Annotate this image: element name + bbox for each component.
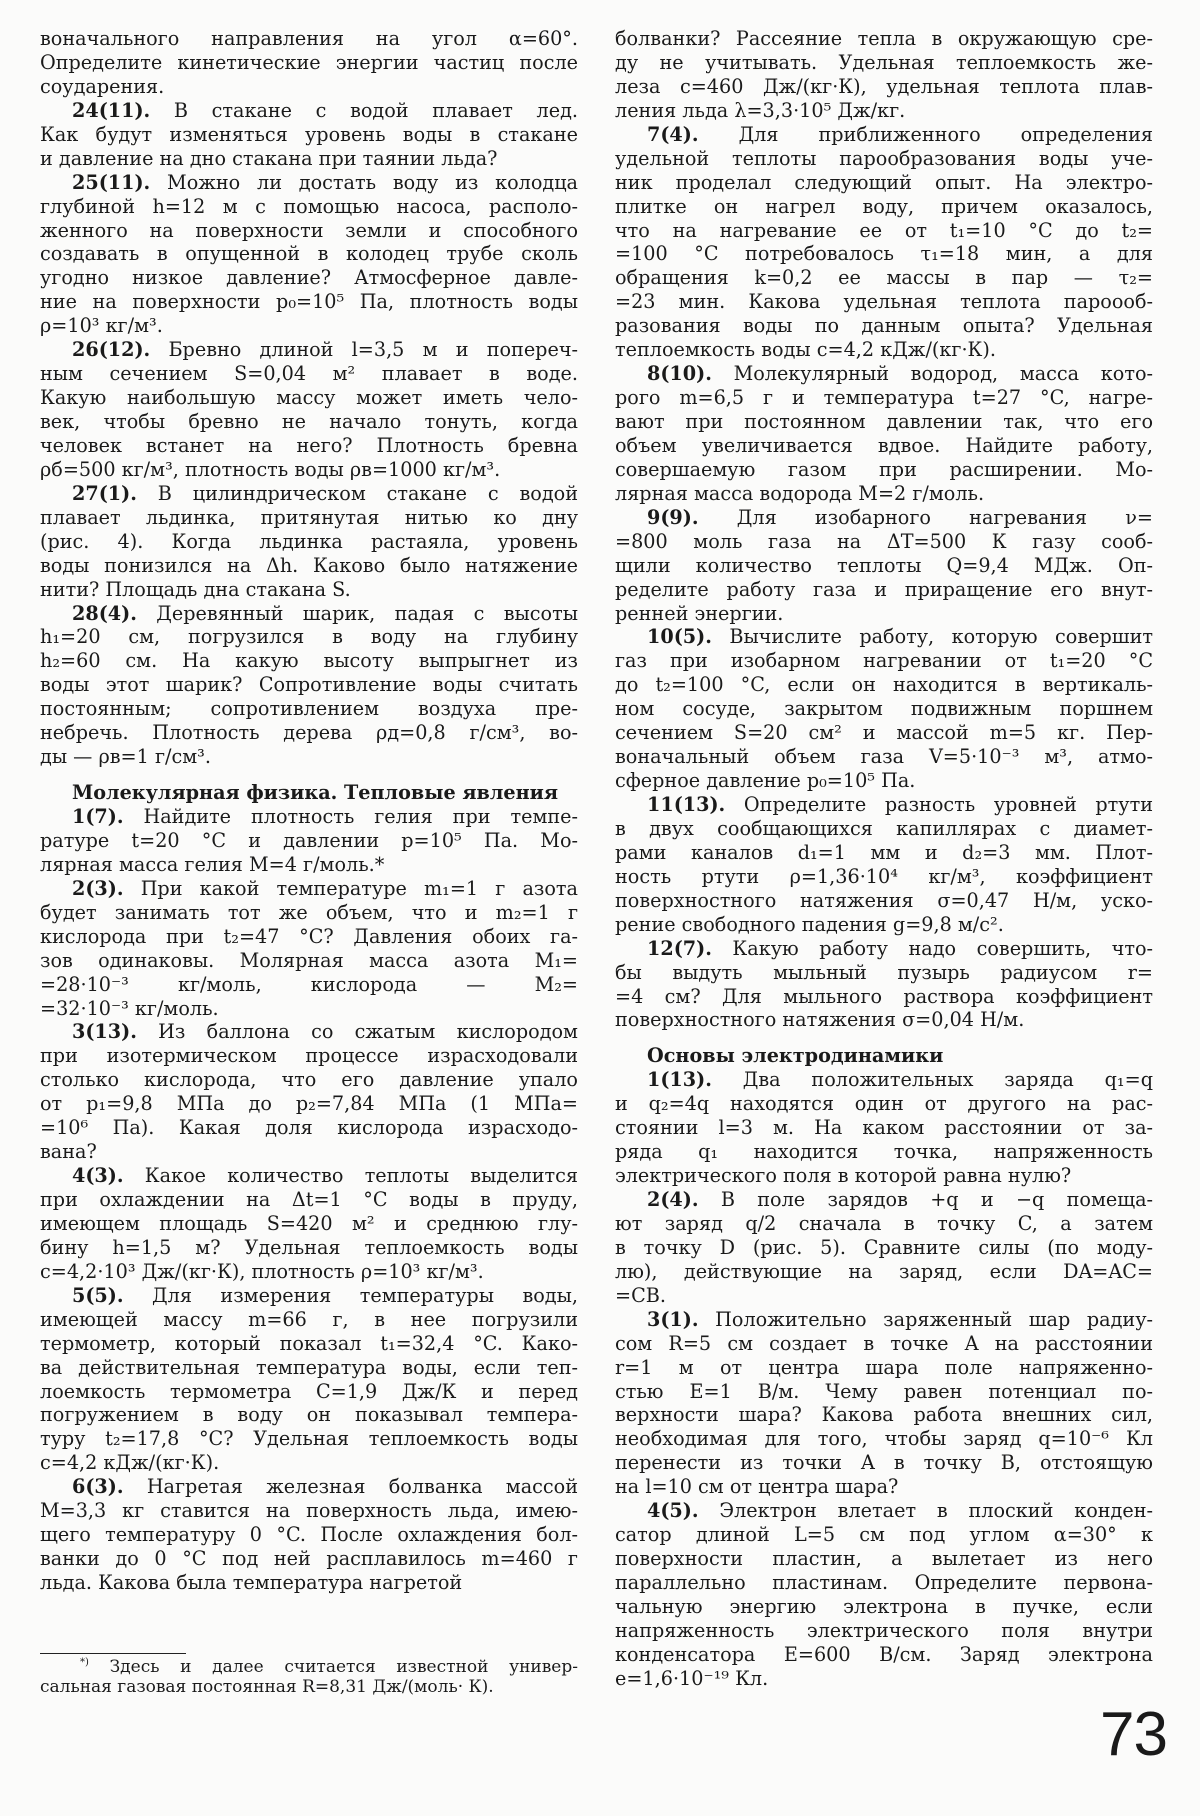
text-line: вана?	[40, 1140, 578, 1164]
text-line: ют заряд q/2 сначала в точку C, а затем	[615, 1212, 1153, 1236]
line-text: Определите разность уровней ртути	[744, 793, 1153, 816]
line-text: e=1,6·10⁻¹⁹ Кл.	[615, 1667, 768, 1690]
text-line: теплоемкость воды c=4,2 кДж/(кг·К).	[615, 338, 1153, 362]
line-text: кислорода при t₂=47 °C? Давления обоих г…	[40, 925, 578, 948]
text-line: поверхностного натяжения σ=0,47 Н/м, уск…	[615, 889, 1153, 913]
text-line: 24(11). В стакане с водой плавает лед.	[40, 99, 578, 123]
line-text: =100 °C потребовалось τ₁=18 мин, а для	[615, 242, 1153, 265]
text-line: льда. Какова была температура нагретой	[40, 1571, 578, 1595]
line-text: воды понизился на Δh. Каково было натяже…	[40, 554, 578, 577]
line-text: воначального направления на угол α=60°.	[40, 27, 578, 50]
problem-paragraph: 24(11). В стакане с водой плавает лед.Ка…	[40, 99, 578, 171]
text-line: конденсатора E=600 В/см. Заряд электрона	[615, 1643, 1153, 1667]
text-line: 7(4). Для приближенного определения	[615, 123, 1153, 147]
line-text: конденсатора E=600 В/см. Заряд электрона	[615, 1643, 1153, 1666]
text-line: постоянным; сопротивлением воздуха пре-	[40, 697, 578, 721]
line-text: сом R=5 см создает в точке A на расстоян…	[615, 1332, 1153, 1355]
text-line: 11(13). Определите разность уровней ртут…	[615, 793, 1153, 817]
line-text: и q₂=4q находятся один от другого на рас…	[615, 1092, 1153, 1115]
line-text: В стакане с водой плавает лед.	[174, 99, 578, 122]
line-text: напряженность электрического поля внутри	[615, 1619, 1153, 1642]
text-line: совершаемую газом при расширении. Мо-	[615, 458, 1153, 482]
line-text: человек встанет на него? Плотность бревн…	[40, 434, 578, 457]
text-line: 25(11). Можно ли достать воду из колодца	[40, 171, 578, 195]
line-text: ник проделал следующий опыт. На электро-	[615, 171, 1153, 194]
text-line: кислорода при t₂=47 °C? Давления обоих г…	[40, 925, 578, 949]
line-text: ва действительная температура воды, если…	[40, 1356, 578, 1379]
text-line: h₁=20 см, погрузился в воду на глубину	[40, 625, 578, 649]
line-text: перенести из точки A в точку B, отстоящу…	[615, 1451, 1153, 1474]
line-text: воды этот шарик? Сопротивление воды счит…	[40, 673, 578, 696]
text-line: 2(3). При какой температуре m₁=1 г азота	[40, 877, 578, 901]
text-line: создавать в опущенной в колодец трубе ск…	[40, 242, 578, 266]
line-text: сатор длиной L=5 см под углом α=30° к	[615, 1523, 1153, 1546]
line-text: При какой температуре m₁=1 г азота	[141, 877, 578, 900]
text-line: верхности шара? Какова работа внешних си…	[615, 1403, 1153, 1427]
text-line: вают при постоянном давлении так, что ег…	[615, 410, 1153, 434]
line-text: ние на поверхности p₀=10⁵ Па, плотность …	[40, 290, 578, 313]
problem-paragraph: 5(5). Для измерения температуры воды,име…	[40, 1284, 578, 1476]
text-line: от p₁=9,8 МПа до p₂=7,84 МПа (1 МПа=	[40, 1092, 578, 1116]
line-text: верхности шара? Какова работа внешних си…	[615, 1403, 1153, 1426]
line-text: в точку D (рис. 5). Сравните силы (по мо…	[615, 1236, 1153, 1259]
problem-number: 3(1).	[647, 1308, 699, 1331]
text-line: =32·10⁻³ кг/моль.	[40, 997, 578, 1021]
line-text: щего температуру 0 °C. После охлаждения …	[40, 1523, 578, 1546]
text-line: стью E=1 В/м. Чему равен потенциал по-	[615, 1380, 1153, 1404]
text-line: бы выдуть мыльный пузырь радиусом r=	[615, 961, 1153, 985]
text-line: 8(10). Молекулярный водород, масса кото-	[615, 362, 1153, 386]
text-line: нити? Площадь дна стакана S.	[40, 578, 578, 602]
text-line: бину h=1,5 м? Удельная теплоемкость воды	[40, 1236, 578, 1260]
line-text: имеющей массу m=66 г, в нее погрузили	[40, 1308, 578, 1331]
line-text: =23 мин. Какова удельная теплота пароооб…	[615, 290, 1153, 313]
problem-paragraph: 8(10). Молекулярный водород, масса кото-…	[615, 362, 1153, 506]
line-text: r=1 м от центра шара поле напряженно-	[615, 1356, 1153, 1379]
line-text: леза c=460 Дж/(кг·К), удельная теплота п…	[615, 75, 1153, 98]
line-text: в двух сообщающихся капиллярах с диамет-	[615, 817, 1153, 840]
text-line: перенести из точки A в точку B, отстоящу…	[615, 1451, 1153, 1475]
text-line: 12(7). Какую работу надо совершить, что-	[615, 937, 1153, 961]
problem-number: 5(5).	[72, 1284, 124, 1307]
line-text: Определите кинетические энергии частиц п…	[40, 51, 578, 74]
problem-number: 6(3).	[72, 1475, 124, 1498]
problem-paragraph: 25(11). Можно ли достать воду из колодца…	[40, 171, 578, 339]
text-line: ления льда λ=3,3·10⁵ Дж/кг.	[615, 99, 1153, 123]
line-text: Молекулярный водород, масса кото-	[734, 362, 1153, 385]
problem-paragraph: 12(7). Какую работу надо совершить, что-…	[615, 937, 1153, 1033]
text-line: воды понизился на Δh. Каково было натяже…	[40, 554, 578, 578]
text-line: 1(13). Два положительных заряда q₁=q	[615, 1068, 1153, 1092]
text-line: сечением S=20 см² и массой m=5 кг. Пер-	[615, 721, 1153, 745]
right-column: болванки? Рассеяние тепла в окружающую с…	[615, 27, 1153, 1691]
text-line: напряженность электрического поля внутри	[615, 1619, 1153, 1643]
line-text: ления льда λ=3,3·10⁵ Дж/кг.	[615, 99, 905, 122]
line-text: ределите работу газа и приращение его вн…	[615, 578, 1153, 601]
line-text: Для измерения температуры воды,	[152, 1284, 578, 1307]
text-line: чальную энергию электрона в пучке, если	[615, 1595, 1153, 1619]
line-text: создавать в опущенной в колодец трубе ск…	[40, 242, 578, 265]
footnote-marker: *)	[80, 1657, 89, 1668]
problem-number: 10(5).	[647, 625, 712, 648]
problem-number: 2(3).	[72, 877, 124, 900]
line-text: =28·10⁻³ кг/моль, кислорода — M₂=	[40, 973, 578, 996]
text-line: термометр, который показал t₁=32,4 °C. К…	[40, 1332, 578, 1356]
text-line: 4(3). Какое количество теплоты выделится	[40, 1164, 578, 1188]
text-line: небречь. Плотность дерева ρд=0,8 г/см³, …	[40, 721, 578, 745]
line-text: сферное давление p₀=10⁵ Па.	[615, 769, 915, 792]
line-text: бы выдуть мыльный пузырь радиусом r=	[615, 961, 1153, 984]
text-line: в двух сообщающихся капиллярах с диамет-	[615, 817, 1153, 841]
line-text: от p₁=9,8 МПа до p₂=7,84 МПа (1 МПа=	[40, 1092, 578, 1115]
text-line: и q₂=4q находятся один от другого на рас…	[615, 1092, 1153, 1116]
text-line: имеющей массу m=66 г, в нее погрузили	[40, 1308, 578, 1332]
line-text: имеющем площадь S=420 м² и среднюю глу-	[40, 1212, 578, 1235]
line-text: при охлаждении на Δt=1 °C воды в пруду,	[40, 1188, 578, 1211]
line-text: Для приближенного определения	[739, 123, 1153, 146]
text-line: 4(5). Электрон влетает в плоский конден-	[615, 1499, 1153, 1523]
text-line: M=3,3 кг ставится на поверхность льда, и…	[40, 1499, 578, 1523]
line-text: термометр, который показал t₁=32,4 °C. К…	[40, 1332, 578, 1355]
problem-number: 9(9).	[647, 506, 699, 529]
line-text: нити? Площадь дна стакана S.	[40, 578, 351, 601]
text-line: воначального направления на угол α=60°.	[40, 27, 578, 51]
text-line: сатор длиной L=5 см под углом α=30° к	[615, 1523, 1153, 1547]
line-text: лоемкость термометра C=1,9 Дж/К и перед	[40, 1380, 578, 1403]
line-text: лярная масса гелия M=4 г/моль.*	[40, 853, 384, 876]
problem-number: 1(13).	[647, 1068, 712, 1091]
line-text: теплоемкость воды c=4,2 кДж/(кг·К).	[615, 338, 996, 361]
text-line: c=4,2 кДж/(кг·К).	[40, 1451, 578, 1475]
problem-number: 26(12).	[72, 338, 150, 361]
text-line: r=1 м от центра шара поле напряженно-	[615, 1356, 1153, 1380]
line-text: ды — ρв=1 г/см³.	[40, 745, 211, 768]
text-line: =100 °C потребовалось τ₁=18 мин, а для	[615, 242, 1153, 266]
section-gap	[615, 1032, 1153, 1044]
text-line: погружением в воду он показывал темпера-	[40, 1403, 578, 1427]
line-text: параллельно пластинам. Определите первон…	[615, 1571, 1153, 1594]
line-text: ванки до 0 °C под ней расплавилось m=460…	[40, 1547, 578, 1570]
text-line: 27(1). В цилиндрическом стакане с водой	[40, 482, 578, 506]
line-text: льда. Какова была температура нагретой	[40, 1571, 462, 1594]
text-line: ρб=500 кг/м³, плотность воды ρв=1000 кг/…	[40, 458, 578, 482]
line-text: плитке он нагрел воду, причем оказалось,	[615, 195, 1153, 218]
line-text: что на нагревание ее от t₁=10 °C до t₂=	[615, 219, 1153, 242]
text-line: плавает льдинка, притянутая нитью ко дну	[40, 506, 578, 530]
line-text: Нагретая железная болванка массой	[147, 1475, 578, 1498]
line-text: Положительно заряженный шар радиу-	[715, 1308, 1153, 1331]
text-line: век, чтобы бревно не начало тонуть, когд…	[40, 410, 578, 434]
problem-paragraph: болванки? Рассеяние тепла в окружающую с…	[615, 27, 1153, 123]
line-text: Два положительных заряда q₁=q	[743, 1068, 1153, 1091]
text-line: 6(3). Нагретая железная болванка массой	[40, 1475, 578, 1499]
line-text: В поле зарядов +q и −q помеща-	[721, 1188, 1153, 1211]
text-line: лярная масса водорода M=2 г/моль.	[615, 482, 1153, 506]
line-text: вана?	[40, 1140, 97, 1163]
text-line: леза c=460 Дж/(кг·К), удельная теплота п…	[615, 75, 1153, 99]
text-line: имеющем площадь S=420 м² и среднюю глу-	[40, 1212, 578, 1236]
text-line: щего температуру 0 °C. После охлаждения …	[40, 1523, 578, 1547]
text-line: (рис. 4). Когда льдинка растаяла, уровен…	[40, 530, 578, 554]
problem-number: 7(4).	[647, 123, 699, 146]
text-line: ник проделал следующий опыт. На электро-	[615, 171, 1153, 195]
text-line: поверхностного натяжения σ=0,04 Н/м.	[615, 1008, 1153, 1032]
line-text: рение свободного падения g=9,8 м/с².	[615, 913, 1004, 936]
line-text: Какое количество теплоты выделится	[145, 1164, 578, 1187]
footnote-line-2: сальная газовая постоянная R=8,31 Дж/(мо…	[40, 1677, 578, 1697]
line-text: чальную энергию электрона в пучке, если	[615, 1595, 1153, 1618]
problem-paragraph: 1(7). Найдите плотность гелия при темпе-…	[40, 805, 578, 877]
problem-number: 3(13).	[72, 1020, 137, 1043]
line-text: В цилиндрическом стакане с водой	[158, 482, 578, 505]
text-line: воды этот шарик? Сопротивление воды счит…	[40, 673, 578, 697]
line-text: обращения k=0,2 ее массы в пар — τ₂=	[615, 266, 1153, 289]
text-line: разования воды по данным опыта? Удельная	[615, 314, 1153, 338]
text-line: ду не учитывать. Удельная теплоемкость ж…	[615, 51, 1153, 75]
line-text: ду не учитывать. Удельная теплоемкость ж…	[615, 51, 1153, 74]
text-line: болванки? Рассеяние тепла в окружающую с…	[615, 27, 1153, 51]
line-text: Найдите плотность гелия при темпе-	[144, 805, 579, 828]
problem-paragraph: 2(3). При какой температуре m₁=1 г азота…	[40, 877, 578, 1021]
text-line: c=4,2·10³ Дж/(кг·К), плотность ρ=10³ кг/…	[40, 1260, 578, 1284]
text-line: Какую наибольшую массу может иметь чело-	[40, 386, 578, 410]
line-text: ют заряд q/2 сначала в точку C, а затем	[615, 1212, 1153, 1235]
line-text: Бревно длиной l=3,5 м и попереч-	[168, 338, 578, 361]
text-line: 3(1). Положительно заряженный шар радиу-	[615, 1308, 1153, 1332]
text-line: женного на поверхности земли и способног…	[40, 219, 578, 243]
line-text: ρ=10³ кг/м³.	[40, 314, 163, 337]
line-text: Вычислите работу, которую совершит	[729, 625, 1153, 648]
text-line: объем увеличивается вдвое. Найдите работ…	[615, 434, 1153, 458]
line-text: щили количество теплоты Q=9,4 МДж. Оп-	[615, 554, 1153, 577]
problem-paragraph: 7(4). Для приближенного определенияудель…	[615, 123, 1153, 362]
left-column: воначального направления на угол α=60°.О…	[40, 27, 578, 1595]
text-line: необходимая для того, чтобы заряд q=10⁻⁶…	[615, 1427, 1153, 1451]
text-line: лярная масса гелия M=4 г/моль.*	[40, 853, 578, 877]
text-line: угодно низкое давление? Атмосферное давл…	[40, 266, 578, 290]
line-text: Какую наибольшую массу может иметь чело-	[40, 386, 578, 409]
line-text: глубиной h=12 м с помощью насоса, распол…	[40, 195, 578, 218]
line-text: =800 моль газа на ΔT=500 К газу сооб-	[615, 530, 1153, 553]
text-line: ряда q₁ находится точка, напряженность	[615, 1140, 1153, 1164]
line-text: ренней энергии.	[615, 602, 783, 625]
text-line: глубиной h=12 м с помощью насоса, распол…	[40, 195, 578, 219]
text-line: будет занимать тот же объем, что и m₂=1 …	[40, 901, 578, 925]
text-line: сферное давление p₀=10⁵ Па.	[615, 769, 1153, 793]
line-text: лярная масса водорода M=2 г/моль.	[615, 482, 984, 505]
text-line: при изотермическом процессе израсходовал…	[40, 1044, 578, 1068]
text-line: и давление на дно стакана при таянии льд…	[40, 147, 578, 171]
problem-paragraph: 1(13). Два положительных заряда q₁=qи q₂…	[615, 1068, 1153, 1188]
text-line: 10(5). Вычислите работу, которую соверши…	[615, 625, 1153, 649]
problem-paragraph: 6(3). Нагретая железная болванка массойM…	[40, 1475, 578, 1595]
line-text: h₁=20 см, погрузился в воду на глубину	[40, 625, 578, 648]
footnote: *) Здесь и далее считается известной уни…	[40, 1653, 578, 1697]
text-line: сом R=5 см создает в точке A на расстоян…	[615, 1332, 1153, 1356]
line-text: век, чтобы бревно не начало тонуть, когд…	[40, 410, 578, 433]
text-line: газ при изобарном нагревании от t₁=20 °C	[615, 649, 1153, 673]
line-text: =10⁶ Па). Какая доля кислорода израсходо…	[40, 1116, 578, 1139]
line-text: будет занимать тот же объем, что и m₂=1 …	[40, 901, 578, 924]
problem-paragraph: 26(12). Бревно длиной l=3,5 м и попереч-…	[40, 338, 578, 482]
text-line: рами каналов d₁=1 мм и d₂=3 мм. Плот-	[615, 841, 1153, 865]
problem-number: 4(5).	[647, 1499, 699, 1522]
section-heading: Молекулярная физика. Тепловые явления	[40, 781, 578, 805]
problem-paragraph: 11(13). Определите разность уровней ртут…	[615, 793, 1153, 937]
text-line: 9(9). Для изобарного нагревания ν=	[615, 506, 1153, 530]
line-text: соударения.	[40, 75, 164, 98]
text-line: e=1,6·10⁻¹⁹ Кл.	[615, 1667, 1153, 1691]
text-line: 1(7). Найдите плотность гелия при темпе-	[40, 805, 578, 829]
line-text: вают при постоянном давлении так, что ег…	[615, 410, 1153, 433]
line-text: и давление на дно стакана при таянии льд…	[40, 147, 497, 170]
text-line: лоемкость термометра C=1,9 Дж/К и перед	[40, 1380, 578, 1404]
line-text: удельной теплоты парообразования воды уч…	[615, 147, 1153, 170]
line-text: Как будут изменяться уровень воды в стак…	[40, 123, 578, 146]
line-text: разования воды по данным опыта? Удельная	[615, 314, 1153, 337]
problem-number: 2(4).	[647, 1188, 699, 1211]
footnote-line-1: *) Здесь и далее считается известной уни…	[40, 1657, 578, 1677]
text-line: =28·10⁻³ кг/моль, кислорода — M₂=	[40, 973, 578, 997]
text-line: в точку D (рис. 5). Сравните силы (по мо…	[615, 1236, 1153, 1260]
line-text: электрического поля в которой равна нулю…	[615, 1164, 1071, 1187]
text-line: воначальный объем газа V=5·10⁻³ м³, атмо…	[615, 745, 1153, 769]
text-line: что на нагревание ее от t₁=10 °C до t₂=	[615, 219, 1153, 243]
text-line: стоянии l=3 м. На каком расстоянии от за…	[615, 1116, 1153, 1140]
line-text: рами каналов d₁=1 мм и d₂=3 мм. Плот-	[615, 841, 1153, 864]
text-line: ва действительная температура воды, если…	[40, 1356, 578, 1380]
text-line: h₂=60 см. На какую высоту выпрыгнет из	[40, 649, 578, 673]
line-text: до t₂=100 °C, если он находится в вертик…	[615, 673, 1153, 696]
line-text: ным сечением S=0,04 м² плавает в воде.	[40, 362, 578, 385]
problem-number: 27(1).	[72, 482, 137, 505]
line-text: h₂=60 см. На какую высоту выпрыгнет из	[40, 649, 578, 672]
problem-number: 24(11).	[72, 99, 150, 122]
line-text: сечением S=20 см² и массой m=5 кг. Пер-	[615, 721, 1153, 744]
problem-number: 11(13).	[647, 793, 725, 816]
problem-paragraph: 3(13). Из баллона со сжатым кислородомпр…	[40, 1020, 578, 1164]
text-line: ды — ρв=1 г/см³.	[40, 745, 578, 769]
line-text: M=3,3 кг ставится на поверхность льда, и…	[40, 1499, 578, 1522]
text-line: удельной теплоты парообразования воды уч…	[615, 147, 1153, 171]
text-line: 2(4). В поле зарядов +q и −q помеща-	[615, 1188, 1153, 1212]
line-text: c=4,2 кДж/(кг·К).	[40, 1451, 219, 1474]
text-line: плитке он нагрел воду, причем оказалось,	[615, 195, 1153, 219]
line-text: зов одинаковы. Молярная масса азота M₁=	[40, 949, 578, 972]
line-text: Из баллона со сжатым кислородом	[158, 1020, 578, 1043]
line-text: лю), действующие на заряд, если DA=AC=	[615, 1260, 1153, 1283]
line-text: плавает льдинка, притянутая нитью ко дну	[40, 506, 578, 529]
text-line: зов одинаковы. Молярная масса азота M₁=	[40, 949, 578, 973]
line-text: совершаемую газом при расширении. Мо-	[615, 458, 1153, 481]
page-number: 73	[1100, 1700, 1167, 1770]
problem-number: 12(7).	[647, 937, 712, 960]
line-text: погружением в воду он показывал темпера-	[40, 1403, 578, 1426]
text-line: 26(12). Бревно длиной l=3,5 м и попереч-	[40, 338, 578, 362]
line-text: небречь. Плотность дерева ρд=0,8 г/см³, …	[40, 721, 578, 744]
problem-paragraph: 4(5). Электрон влетает в плоский конден-…	[615, 1499, 1153, 1691]
text-line: =4 см? Для мыльного раствора коэффициент	[615, 985, 1153, 1009]
line-text: ρб=500 кг/м³, плотность воды ρв=1000 кг/…	[40, 458, 500, 481]
line-text: ряда q₁ находится точка, напряженность	[615, 1140, 1153, 1163]
line-text: стоянии l=3 м. На каком расстоянии от за…	[615, 1116, 1153, 1139]
line-text: Для изобарного нагревания ν=	[737, 506, 1153, 529]
text-line: поверхности пластин, а вылетает из него	[615, 1547, 1153, 1571]
problem-paragraph: 3(1). Положительно заряженный шар радиу-…	[615, 1308, 1153, 1500]
line-text: Электрон влетает в плоский конден-	[719, 1499, 1153, 1522]
problem-paragraph: 10(5). Вычислите работу, которую соверши…	[615, 625, 1153, 793]
line-text: поверхности пластин, а вылетает из него	[615, 1547, 1153, 1570]
section-gap	[40, 769, 578, 781]
problem-number: 28(4).	[72, 602, 137, 625]
problem-number: 25(11).	[72, 171, 150, 194]
text-line: ратуре t=20 °C и давлении p=10⁵ Па. Мо-	[40, 829, 578, 853]
line-text: Деревянный шарик, падая с высоты	[156, 602, 578, 625]
text-line: ренней энергии.	[615, 602, 1153, 626]
text-line: щили количество теплоты Q=9,4 МДж. Оп-	[615, 554, 1153, 578]
text-line: =CB.	[615, 1284, 1153, 1308]
line-text: =4 см? Для мыльного раствора коэффициент	[615, 985, 1153, 1008]
line-text: поверхностного натяжения σ=0,04 Н/м.	[615, 1008, 1024, 1031]
line-text: столько кислорода, что его давление упал…	[40, 1068, 578, 1091]
text-line: рого m=6,5 г и температура t=27 °C, нагр…	[615, 386, 1153, 410]
line-text: (рис. 4). Когда льдинка растаяла, уровен…	[40, 530, 578, 553]
problem-number: 1(7).	[72, 805, 124, 828]
text-line: человек встанет на него? Плотность бревн…	[40, 434, 578, 458]
line-text: объем увеличивается вдвое. Найдите работ…	[615, 434, 1153, 457]
text-line: лю), действующие на заряд, если DA=AC=	[615, 1260, 1153, 1284]
problem-paragraph: 2(4). В поле зарядов +q и −q помеща-ют з…	[615, 1188, 1153, 1308]
line-text: женного на поверхности земли и способног…	[40, 219, 578, 242]
text-line: 28(4). Деревянный шарик, падая с высоты	[40, 602, 578, 626]
problem-paragraph: 9(9). Для изобарного нагревания ν==800 м…	[615, 506, 1153, 626]
problem-paragraph: 27(1). В цилиндрическом стакане с водойп…	[40, 482, 578, 602]
text-line: ном сосуде, закрытом подвижным поршнем	[615, 697, 1153, 721]
line-text: газ при изобарном нагревании от t₁=20 °C	[615, 649, 1153, 672]
text-line: =23 мин. Какова удельная теплота пароооб…	[615, 290, 1153, 314]
section-heading: Основы электродинамики	[615, 1044, 1153, 1068]
text-line: Как будут изменяться уровень воды в стак…	[40, 123, 578, 147]
line-text: необходимая для того, чтобы заряд q=10⁻⁶…	[615, 1427, 1153, 1450]
text-line: на l=10 см от центра шара?	[615, 1475, 1153, 1499]
text-line: 5(5). Для измерения температуры воды,	[40, 1284, 578, 1308]
problem-paragraph: воначального направления на угол α=60°.О…	[40, 27, 578, 99]
text-line: ределите работу газа и приращение его вн…	[615, 578, 1153, 602]
line-text: рого m=6,5 г и температура t=27 °C, нагр…	[615, 386, 1153, 409]
line-text: угодно низкое давление? Атмосферное давл…	[40, 266, 578, 289]
text-line: обращения k=0,2 ее массы в пар — τ₂=	[615, 266, 1153, 290]
text-line: =10⁶ Па). Какая доля кислорода израсходо…	[40, 1116, 578, 1140]
text-line: параллельно пластинам. Определите первон…	[615, 1571, 1153, 1595]
problem-number: 8(10).	[647, 362, 712, 385]
line-text: ность ртути ρ=1,36·10⁴ кг/м³, коэффициен…	[615, 865, 1153, 888]
text-line: до t₂=100 °C, если он находится в вертик…	[615, 673, 1153, 697]
problem-paragraph: 4(3). Какое количество теплоты выделится…	[40, 1164, 578, 1284]
text-line: ρ=10³ кг/м³.	[40, 314, 578, 338]
text-line: соударения.	[40, 75, 578, 99]
line-text: =32·10⁻³ кг/моль.	[40, 997, 219, 1020]
line-text: ратуре t=20 °C и давлении p=10⁵ Па. Мо-	[40, 829, 578, 852]
line-text: Какую работу надо совершить, что-	[732, 937, 1153, 960]
text-line: ность ртути ρ=1,36·10⁴ кг/м³, коэффициен…	[615, 865, 1153, 889]
text-line: электрического поля в которой равна нулю…	[615, 1164, 1153, 1188]
text-line: ванки до 0 °C под ней расплавилось m=460…	[40, 1547, 578, 1571]
text-line: столько кислорода, что его давление упал…	[40, 1068, 578, 1092]
text-line: туру t₂=17,8 °C? Удельная теплоемкость в…	[40, 1427, 578, 1451]
line-text: поверхностного натяжения σ=0,47 Н/м, уск…	[615, 889, 1153, 912]
line-text: туру t₂=17,8 °C? Удельная теплоемкость в…	[40, 1427, 578, 1450]
problem-number: 4(3).	[72, 1164, 124, 1187]
